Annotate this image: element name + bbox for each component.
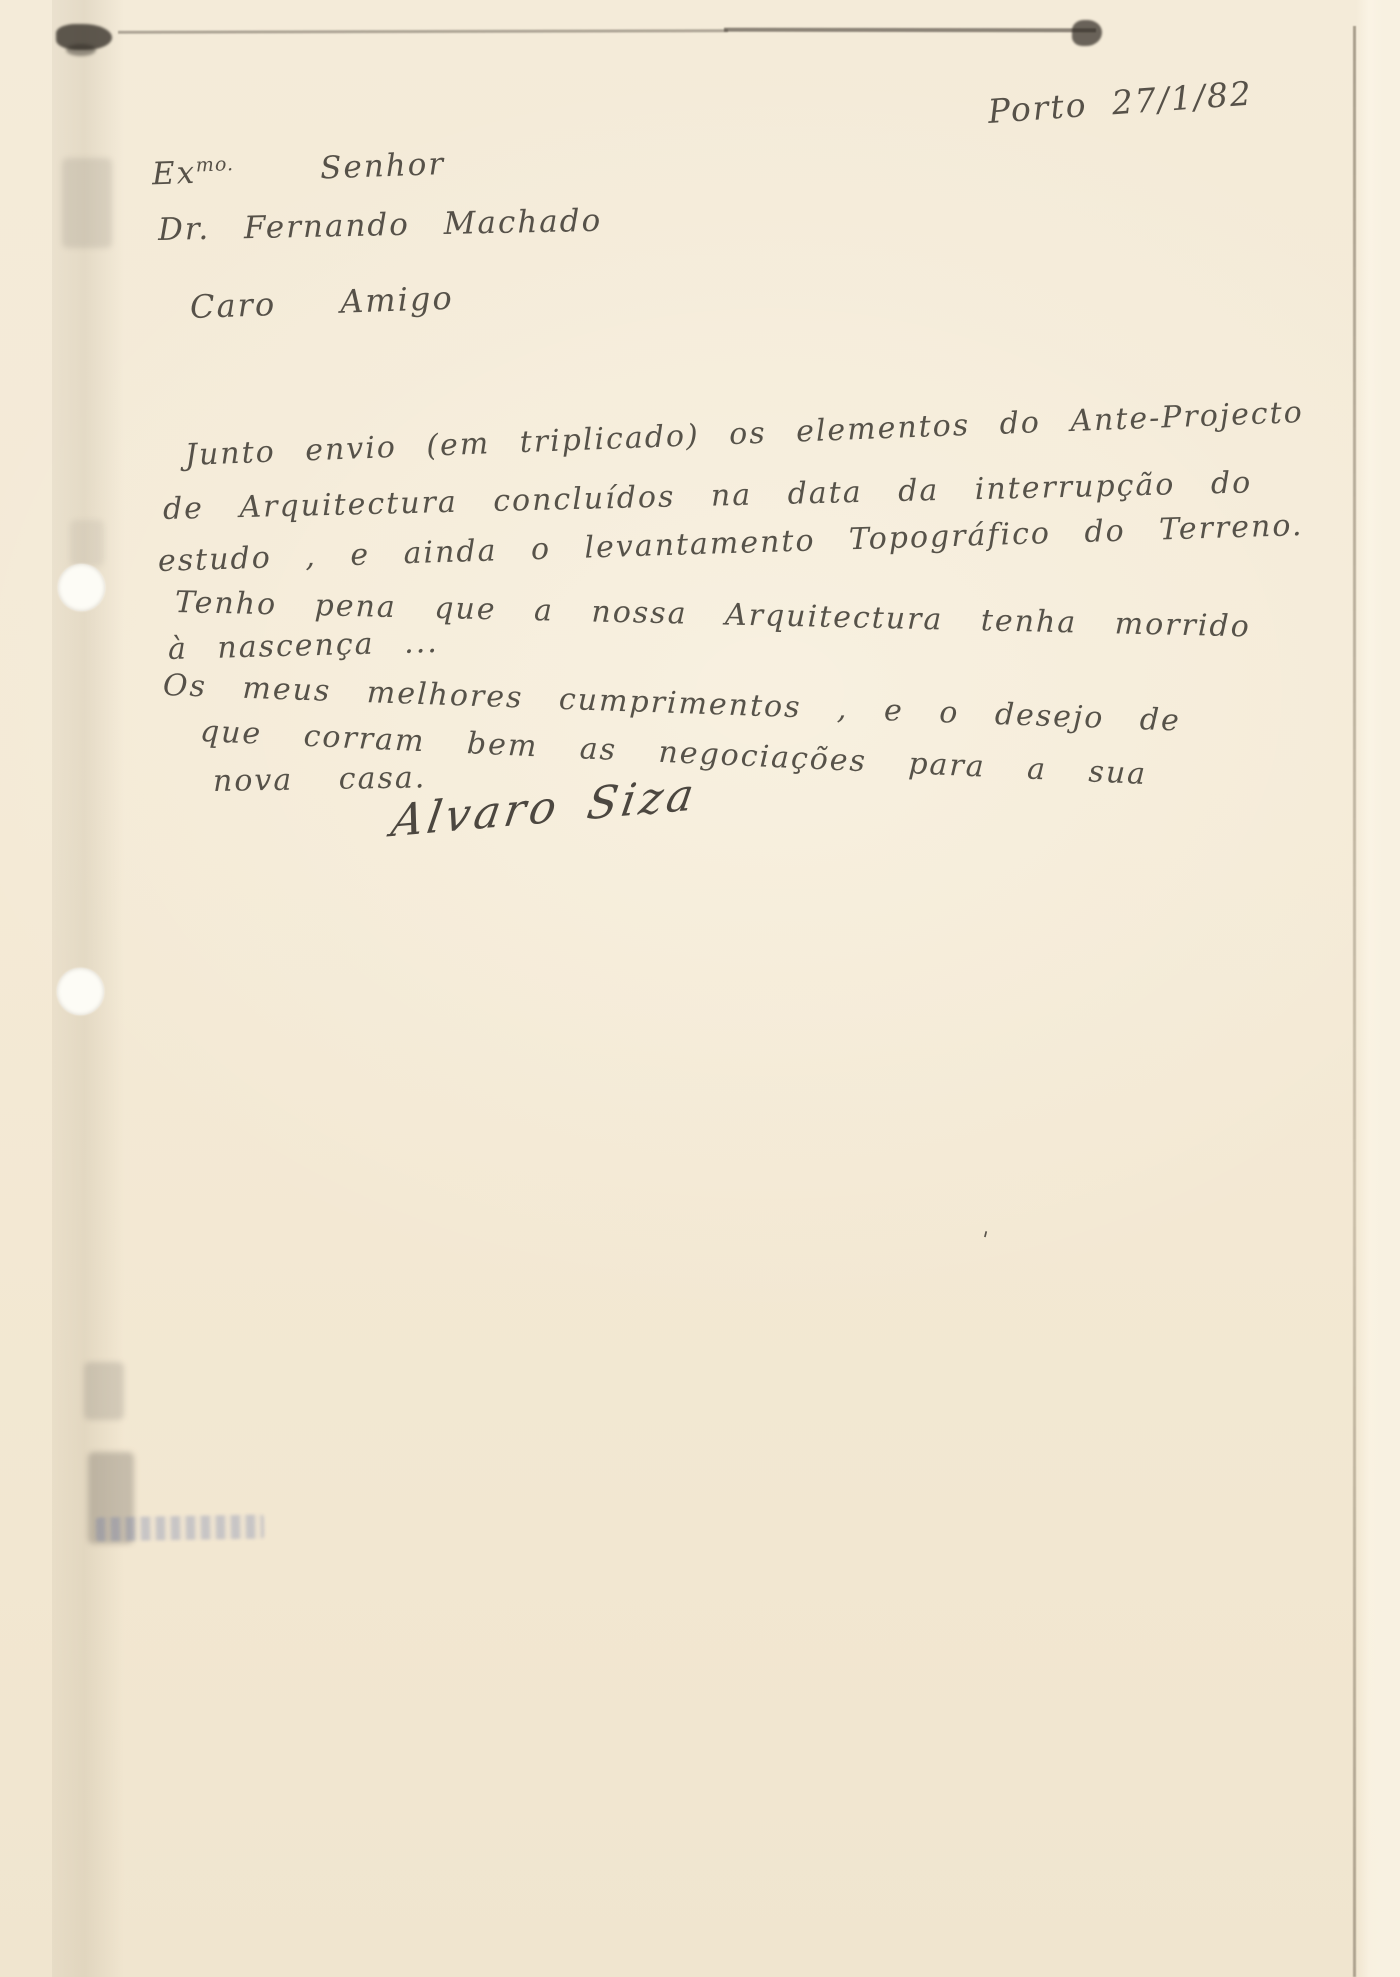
- date-line: Porto 27/1/82: [987, 74, 1254, 131]
- ink-blotch: [66, 44, 96, 56]
- punch-hole: [58, 564, 105, 611]
- salutation-line: Exmo.Senhor: [151, 146, 445, 193]
- paper-right-edge: [1353, 26, 1356, 1977]
- top-edge-mark: [118, 29, 728, 34]
- salutation-gap: [235, 178, 321, 181]
- ghost-smudge: [70, 520, 104, 566]
- body-line-5: à nascença ...: [168, 625, 440, 667]
- stray-pen-mark: ': [978, 1228, 990, 1254]
- greeting-line: Caro Amigo: [189, 279, 454, 326]
- salutation-prefix: Ex: [151, 155, 196, 193]
- recipient-name: Dr. Fernando Machado: [158, 203, 603, 248]
- signature: Alvaro Siza: [388, 769, 701, 848]
- faint-archival-stamp: [96, 1515, 264, 1542]
- salutation-title: Senhor: [320, 146, 446, 186]
- top-edge-mark: [724, 28, 1096, 33]
- ink-blotch: [1072, 20, 1102, 46]
- body-line-1: Junto envio (em triplicado) os elementos…: [184, 395, 1304, 473]
- punch-hole: [57, 968, 104, 1015]
- right-scan-margin: [1356, 0, 1400, 1977]
- ghost-smudge: [84, 1362, 124, 1420]
- ghost-smudge: [62, 158, 112, 248]
- body-line-8: nova casa.: [213, 760, 427, 799]
- letter-page: ' Porto 27/1/82 Exmo.Senhor Dr. Fernando…: [0, 0, 1400, 1977]
- salutation-superscript: mo.: [195, 153, 234, 176]
